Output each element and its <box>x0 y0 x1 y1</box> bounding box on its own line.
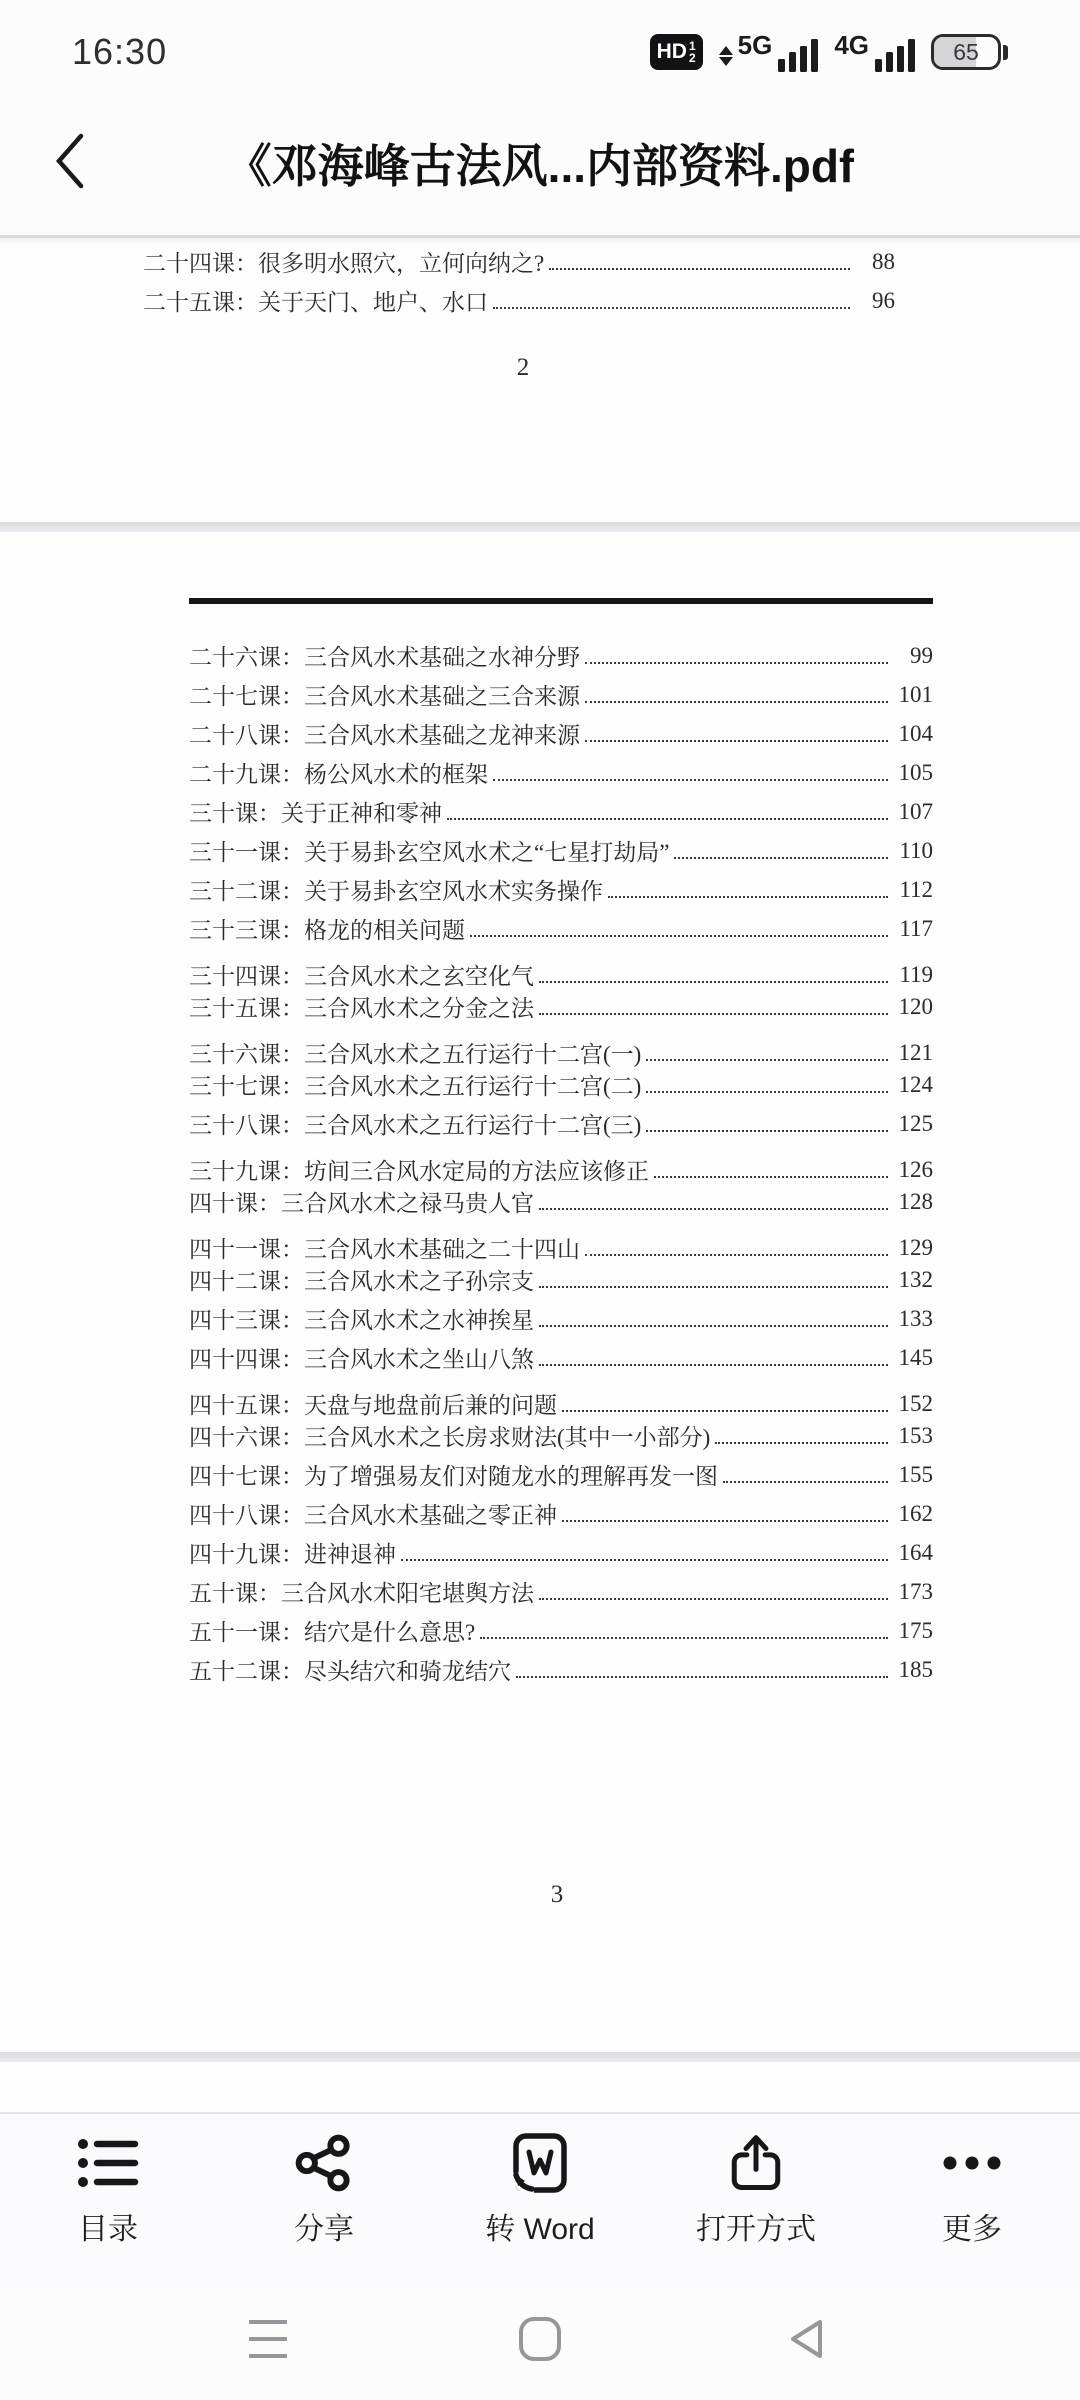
toc-entry-label: 二十九课：杨公风水术的框架 <box>189 756 488 789</box>
battery-level: 65 <box>953 39 979 66</box>
toc-entry-label: 二十五课：关于天门、地户、水口 <box>143 284 488 317</box>
toc-leader-dots <box>549 268 850 270</box>
toc-entry-page: 152 <box>893 1391 933 1417</box>
toc-entry-label: 四十五课：天盘与地盘前后兼的问题 <box>189 1387 557 1420</box>
toolbar-item-word[interactable]: 转 Word <box>432 2134 648 2248</box>
toc-leader-dots <box>562 1410 888 1412</box>
toc-entry-label: 二十七课：三合风水术基础之三合来源 <box>189 678 580 711</box>
toc-entry: 二十九课：杨公风水术的框架 105 <box>189 753 933 792</box>
toc-leader-dots <box>646 1059 888 1061</box>
toc-entry: 五十课：三合风水术阳宅堪舆方法 173 <box>189 1572 933 1611</box>
toc-leader-dots <box>608 896 888 898</box>
toc-entry-page: 173 <box>893 1579 933 1605</box>
toc-entry-page: 129 <box>893 1235 933 1261</box>
toc-leader-dots <box>401 1559 888 1561</box>
toc-leader-dots <box>480 1637 888 1639</box>
toc-leader-dots <box>539 1286 888 1288</box>
toc-leader-dots <box>493 779 888 781</box>
toc-entry-page: 128 <box>893 1189 933 1215</box>
toc-list-page3: 二十六课：三合风水术基础之水神分野 99 二十七课：三合风水术基础之三合来源 1… <box>189 636 933 1689</box>
toc-entry: 四十九课：进神退神 164 <box>189 1533 933 1572</box>
toolbar-item-open-with[interactable]: 打开方式 <box>648 2134 864 2248</box>
toc-entry-page: 133 <box>893 1306 933 1332</box>
toc-leader-dots <box>516 1676 888 1678</box>
toc-entry: 二十八课：三合风水术基础之龙神来源 104 <box>189 714 933 753</box>
toc-entry-page: 121 <box>893 1040 933 1066</box>
bottom-toolbar: 目录 分享 <box>0 2112 1080 2287</box>
toc-leader-dots <box>562 1520 888 1522</box>
toc-entry: 四十八课：三合风水术基础之零正神 162 <box>189 1494 933 1533</box>
signal-4g-icon: 4G <box>834 32 915 72</box>
toc-entry-label: 三十四课：三合风水术之玄空化气 <box>189 958 534 991</box>
toc-entry-label: 三十三课：格龙的相关问题 <box>189 912 465 945</box>
toc-leader-dots <box>539 1364 888 1366</box>
toc-entry-page: 153 <box>893 1423 933 1449</box>
page-number: 2 <box>0 354 1063 382</box>
toc-leader-dots <box>539 1325 888 1327</box>
toc-entry: 四十七课：为了增强易友们对随龙水的理解再发一图 155 <box>189 1455 933 1494</box>
toolbar-item-more[interactable]: 更多 <box>864 2134 1080 2248</box>
toc-leader-dots <box>715 1442 888 1444</box>
toc-entry-page: 96 <box>855 288 895 314</box>
toc-list-page2: 二十四课：很多明水照穴，立何向纳之? 88 二十五课：关于天门、地户、水口 96 <box>143 242 895 320</box>
toc-leader-dots <box>674 857 888 859</box>
toc-divider-rule <box>189 598 933 604</box>
toc-entry-label: 二十四课：很多明水照穴，立何向纳之? <box>143 245 544 278</box>
toc-entry-page: 101 <box>893 682 933 708</box>
page-separator <box>0 2052 1080 2062</box>
list-icon <box>77 2134 139 2192</box>
toc-entry-label: 四十六课：三合风水术之长房求财法(其中一小部分) <box>189 1419 710 1452</box>
toc-entry: 二十六课：三合风水术基础之水神分野 99 <box>189 636 933 675</box>
export-up-icon <box>727 2134 785 2192</box>
app-header: 《邓海峰古法风...内部资料.pdf <box>0 90 1080 238</box>
toc-entry-page: 124 <box>893 1072 933 1098</box>
ellipsis-icon <box>942 2134 1002 2192</box>
toc-entry: 三十七课：三合风水术之五行运行十二宫(二) 124 <box>189 1065 933 1104</box>
pdf-page-4-edge <box>0 2062 1080 2112</box>
toc-entry-label: 四十一课：三合风水术基础之二十四山 <box>189 1231 580 1264</box>
toc-entry: 五十二课：尽头结穴和骑龙结穴 185 <box>189 1650 933 1689</box>
toc-entry: 二十四课：很多明水照穴，立何向纳之? 88 <box>143 242 895 281</box>
document-title: 《邓海峰古法风...内部资料.pdf <box>226 130 855 196</box>
recents-lines-icon <box>248 2318 288 2363</box>
toc-entry-page: 88 <box>855 249 895 275</box>
toc-leader-dots <box>539 1013 888 1015</box>
toc-entry-page: 155 <box>893 1462 933 1488</box>
home-square-icon <box>518 2316 562 2365</box>
toc-entry-page: 125 <box>893 1111 933 1137</box>
toc-leader-dots <box>493 307 850 309</box>
toc-entry: 五十一课：结穴是什么意思? 175 <box>189 1611 933 1650</box>
signal-5g-icon: 5G <box>719 32 819 72</box>
toc-leader-dots <box>585 1254 888 1256</box>
pdf-page-3: 二十六课：三合风水术基础之水神分野 99 二十七课：三合风水术基础之三合来源 1… <box>0 532 1080 2052</box>
page-number: 3 <box>17 1881 1080 1909</box>
toc-entry-label: 四十四课：三合风水术之坐山八煞 <box>189 1341 534 1374</box>
toc-leader-dots <box>585 662 888 664</box>
toc-entry-label: 五十课：三合风水术阳宅堪舆方法 <box>189 1575 534 1608</box>
share-nodes-icon <box>295 2134 353 2192</box>
toc-entry-label: 三十七课：三合风水术之五行运行十二宫(二) <box>189 1068 641 1101</box>
phone-screen: 16:30 HD 1 2 5G 4G 65 <box>0 0 1080 2400</box>
nav-recents-button[interactable] <box>223 2305 313 2375</box>
toc-entry-label: 五十一课：结穴是什么意思? <box>189 1614 475 1647</box>
toc-entry: 三十三课：格龙的相关问题 117 <box>189 909 933 948</box>
toc-entry-page: 110 <box>893 838 933 864</box>
toolbar-item-share[interactable]: 分享 <box>216 2134 432 2248</box>
toc-entry-page: 164 <box>893 1540 933 1566</box>
toc-entry-label: 四十三课：三合风水术之水神挨星 <box>189 1302 534 1335</box>
toc-entry-label: 三十八课：三合风水术之五行运行十二宫(三) <box>189 1107 641 1140</box>
toc-entry-label: 五十二课：尽头结穴和骑龙结穴 <box>189 1653 511 1686</box>
data-arrows-icon <box>719 46 733 66</box>
toc-entry-page: 145 <box>893 1345 933 1371</box>
toc-entry: 四十课：三合风水术之禄马贵人官 128 <box>189 1182 933 1221</box>
toc-leader-dots <box>723 1481 888 1483</box>
nav-home-button[interactable] <box>495 2305 585 2375</box>
toc-leader-dots <box>539 1598 888 1600</box>
toc-entry-page: 112 <box>893 877 933 903</box>
toc-entry: 四十三课：三合风水术之水神挨星 133 <box>189 1299 933 1338</box>
toc-leader-dots <box>646 1091 888 1093</box>
toc-leader-dots <box>470 935 888 937</box>
toc-entry-label: 四十八课：三合风水术基础之零正神 <box>189 1497 557 1530</box>
pdf-page-2: 二十四课：很多明水照穴，立何向纳之? 88 二十五课：关于天门、地户、水口 96… <box>0 238 1080 522</box>
toc-leader-dots <box>654 1176 888 1178</box>
toc-entry-label: 三十课：关于正神和零神 <box>189 795 442 828</box>
toc-entry-label: 四十课：三合风水术之禄马贵人官 <box>189 1185 534 1218</box>
toc-entry: 三十二课：关于易卦玄空风水术实务操作 112 <box>189 870 933 909</box>
page-separator <box>0 522 1080 532</box>
toc-entry: 四十二课：三合风水术之子孙宗支 132 <box>189 1260 933 1299</box>
toc-leader-dots <box>585 740 888 742</box>
volte-hd-icon: HD 1 2 <box>650 34 703 70</box>
toc-leader-dots <box>585 701 888 703</box>
status-icons: HD 1 2 5G 4G 65 <box>650 32 1008 72</box>
nav-back-button[interactable] <box>761 2305 851 2375</box>
toc-leader-dots <box>539 1208 888 1210</box>
toolbar-item-toc[interactable]: 目录 <box>0 2134 216 2248</box>
toc-entry-page: 117 <box>893 916 933 942</box>
toc-entry-label: 三十二课：关于易卦玄空风水术实务操作 <box>189 873 603 906</box>
toc-entry-page: 175 <box>893 1618 933 1644</box>
toc-leader-dots <box>539 981 888 983</box>
toc-entry-page: 120 <box>893 994 933 1020</box>
toc-entry: 三十五课：三合风水术之分金之法 120 <box>189 987 933 1026</box>
toc-entry: 四十六课：三合风水术之长房求财法(其中一小部分) 153 <box>189 1416 933 1455</box>
toc-entry-page: 107 <box>893 799 933 825</box>
toc-leader-dots <box>646 1130 888 1132</box>
toc-entry: 四十四课：三合风水术之坐山八煞 145 <box>189 1338 933 1377</box>
status-bar: 16:30 HD 1 2 5G 4G 65 <box>0 0 1080 90</box>
system-nav-bar <box>0 2287 1080 2400</box>
toc-entry-page: 132 <box>893 1267 933 1293</box>
toc-entry-page: 126 <box>893 1157 933 1183</box>
toc-entry: 三十八课：三合风水术之五行运行十二宫(三) 125 <box>189 1104 933 1143</box>
back-button[interactable] <box>38 127 102 199</box>
toc-leader-dots <box>447 818 888 820</box>
toc-entry-page: 185 <box>893 1657 933 1683</box>
toc-entry-page: 99 <box>893 643 933 669</box>
toc-entry-label: 三十六课：三合风水术之五行运行十二宫(一) <box>189 1036 641 1069</box>
toc-entry-label: 四十七课：为了增强易友们对随龙水的理解再发一图 <box>189 1458 718 1491</box>
toc-entry-page: 119 <box>893 962 933 988</box>
toc-entry-label: 三十五课：三合风水术之分金之法 <box>189 990 534 1023</box>
toc-entry: 三十一课：关于易卦玄空风水术之“七星打劫局” 110 <box>189 831 933 870</box>
toc-entry: 二十五课：关于天门、地户、水口 96 <box>143 281 895 320</box>
toc-entry-label: 三十九课：坊间三合风水定局的方法应该修正 <box>189 1153 649 1186</box>
clock-time: 16:30 <box>72 31 167 73</box>
chevron-left-icon <box>50 132 90 193</box>
toc-entry-page: 105 <box>893 760 933 786</box>
toc-entry: 三十课：关于正神和零神 107 <box>189 792 933 831</box>
toc-entry-label: 四十二课：三合风水术之子孙宗支 <box>189 1263 534 1296</box>
toc-entry-label: 三十一课：关于易卦玄空风水术之“七星打劫局” <box>189 834 669 867</box>
toc-entry-page: 162 <box>893 1501 933 1527</box>
battery-icon: 65 <box>931 34 1008 70</box>
toc-entry-label: 四十九课：进神退神 <box>189 1536 396 1569</box>
toc-entry-label: 二十六课：三合风水术基础之水神分野 <box>189 639 580 672</box>
toc-entry-page: 104 <box>893 721 933 747</box>
word-doc-icon <box>512 2134 568 2192</box>
toc-entry: 二十七课：三合风水术基础之三合来源 101 <box>189 675 933 714</box>
toc-entry-label: 二十八课：三合风水术基础之龙神来源 <box>189 717 580 750</box>
back-triangle-icon <box>786 2317 826 2364</box>
pdf-viewer[interactable]: 二十四课：很多明水照穴，立何向纳之? 88 二十五课：关于天门、地户、水口 96… <box>0 238 1080 2112</box>
